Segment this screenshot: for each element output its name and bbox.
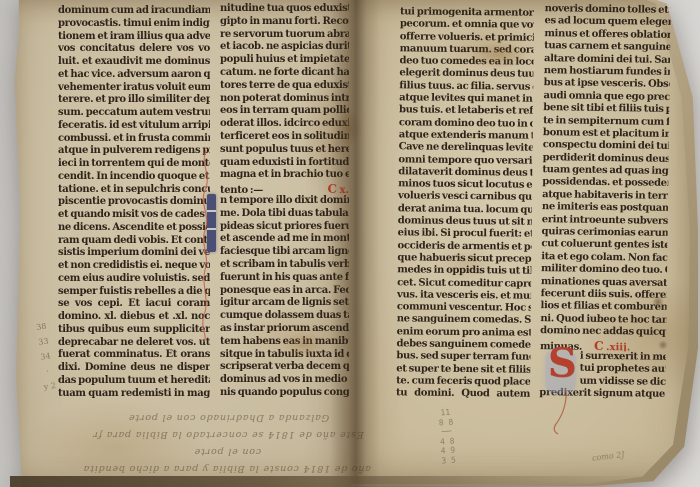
left-column-1: dominum cum ad iracundiamprovocastis. ti… [58, 5, 210, 400]
text-line: domino. xl. diebus et .xl. noc [58, 311, 210, 324]
text-layer: dominum cum ad iracundiamprovocastis. ti… [0, 0, 700, 487]
bottom-page-edge-shadow [10, 476, 650, 487]
text-line: con el porte [77, 440, 378, 457]
text-line: cem eius audire voluistis. sed [58, 273, 210, 286]
text-line: scripserat verba decem que locutus est [220, 361, 349, 374]
text-line: dominus ad vos in medio ig [220, 374, 349, 387]
text-line: ieci in torrentem qui de monte des [58, 158, 210, 171]
text-line: piscentie provocastis dominum. [58, 196, 210, 209]
text-line: vehementer iratus voluit eum con [58, 82, 210, 95]
text-line: oderat illos. idcirco eduxit ut in [220, 118, 349, 131]
text-line: fuerunt in his quas ante fregisti. [220, 272, 349, 285]
text-line: gipto in manu forti. Recorda [220, 16, 349, 29]
left-column-2-top: nitudine tua quos eduxisti de egipto in … [220, 3, 349, 182]
manuscript-photo: dominum cum ad iracundiamprovocastis. ti… [0, 0, 700, 487]
text-line: et quando misit vos de cades bar [58, 209, 210, 222]
text-line: terere. et pro illo similiter deprecatus [58, 94, 210, 107]
initial-s-tail-flourish [552, 390, 572, 436]
left-column-2-bottom: n tempore illo dixit dominus adme. Dola … [220, 195, 349, 400]
text-line: provocastis. timui enim indigna [58, 18, 210, 31]
text-line: populi huius et impietatem atque pec [220, 54, 349, 67]
text-line: cendit. In incendio quoque et in temp [58, 171, 210, 184]
text-line: non poterat dominus introducere [220, 93, 349, 106]
text-line: Este año de 1814 se concertado la Biblia… [78, 423, 379, 440]
open-book: dominum cum ad iracundiamprovocastis. ti… [0, 0, 700, 487]
bottom-margin-cursive-annotation: año de 1814 conste la Biblia y para a di… [77, 400, 380, 474]
text-line: semper fuistis rebelles a die qua nos [58, 286, 210, 299]
chapter-mark-xiij: C .xiij. [594, 338, 630, 351]
text-line: atque in pulverem redigens pro [58, 145, 210, 158]
text-line: sunt populus tuus et hereditas tua. [220, 144, 349, 157]
text-line: se vos cepi. Et iacui coram [58, 298, 210, 311]
text-line: quam eduxisti in fortitudine tua [220, 157, 349, 170]
text-line: das populum tuum et hereditatem [58, 375, 210, 388]
text-line: igitur arcam de lignis sethim. [220, 297, 349, 310]
text-line: nitudine tua quos eduxisti de e [220, 3, 349, 16]
right-column-1: tui primogenita armentorum etpecorum. et… [396, 6, 534, 401]
red-initial-s: S [547, 343, 576, 383]
text-line: tionem et iram illius qua adversum [58, 31, 210, 44]
text-line: ponesque eas in arca. Feci [220, 285, 349, 298]
initial-s-block: S i surrexerit in mediotui prophetes aut… [539, 350, 666, 389]
text-line: et scribam in tabulis verba que [220, 259, 349, 272]
text-line: vos concitatus delere vos vo [58, 43, 210, 56]
text-line: as instar priorum ascendi in mon [220, 323, 349, 336]
left-column-2: nitudine tua quos eduxisti de egipto in … [220, 3, 349, 400]
red-penwork-flourish [198, 150, 214, 342]
text-line: tuam quam redemisti in mag [58, 388, 210, 401]
text-line: 3 5 [428, 454, 469, 466]
bottom-right-cursive-note: como 2J [592, 450, 625, 463]
text-line: cumque dolassem duas tabulas lapide [220, 310, 349, 323]
text-line: tores terre de qua eduxisti nos. [220, 80, 349, 93]
text-line: re servorum tuorum abraham ysaac [220, 29, 349, 42]
text-line: feceratis. id est vitulum arripiens igne [58, 120, 210, 133]
text-line: et hac vice. adversum aaron quoque [58, 69, 210, 82]
text-line: dominum cum ad iracundiam [58, 5, 210, 18]
text-line: Galzanda a Dhadrinado con el porte [78, 406, 379, 423]
text-line: ne dicens. Ascendite et possidete ter [58, 222, 210, 235]
rubric-preceding-text: tento :— [220, 185, 263, 195]
text-line: terficeret eos in solitudine. qui [220, 131, 349, 144]
text-line: tem habens eas in manibus. Scrip [220, 336, 349, 349]
text-line: et iacob. ne aspicias duritiam [220, 41, 349, 54]
text-line: año de 1814 conste la Biblia y para a di… [77, 457, 378, 474]
text-line: me. Dola tibi duas tabulas la [220, 208, 349, 221]
chapter-rubric-line-x: tento :— C x. [220, 182, 349, 195]
text-line: et ascende ad me in montem. [220, 233, 349, 246]
text-line: nis quando populus congregatus est. [220, 387, 349, 400]
text-line: catum. ne forte dicant habita [220, 67, 349, 80]
text-line: luit. et exaudivit me dominus [58, 56, 210, 69]
right-column-2-top: noveris domino tolles et venies ad locum… [540, 3, 671, 339]
text-line: fuerat comminatus. Et orans [58, 349, 210, 362]
text-line: dixi. Domine deus ne disper [58, 362, 210, 375]
text-line: tatione. et in sepulchris concu [58, 184, 210, 197]
text-line: tibus quibus eum suppliciter [58, 324, 210, 337]
chapter-mark-x: C x. [328, 182, 350, 195]
text-line: magna et in brachio tuo ex [220, 169, 349, 182]
text-line: sum. peccatum autem vestrum quod [58, 107, 210, 120]
text-line: eos in terram quam pollicitus est eis. e… [220, 105, 349, 118]
text-line: combussi. et in frusta comminuens. [58, 133, 210, 146]
text-line: tu domini. Quod autem [396, 387, 530, 401]
pencil-arithmetic-notes: 118 8──4 84 93 5 [425, 407, 469, 467]
text-line: faciesque tibi arcam ligneam. [220, 246, 349, 259]
text-line: sistis imperium domini dei vestri [58, 247, 210, 260]
text-line: n tempore illo dixit dominus ad [220, 195, 349, 208]
text-line: ram quam dedi vobis. Et contemp [58, 235, 210, 248]
right-column-2: noveris domino tolles et venies ad locum… [539, 3, 671, 401]
text-line: pideas sicut priores fuerunt. [220, 221, 349, 234]
text-line: sitque in tabulis iuxta id quod prius [220, 349, 349, 362]
text-line: deprecabar ne deleret vos. ut [58, 337, 210, 350]
text-line: et non credidistis ei. neque vo [58, 260, 210, 273]
